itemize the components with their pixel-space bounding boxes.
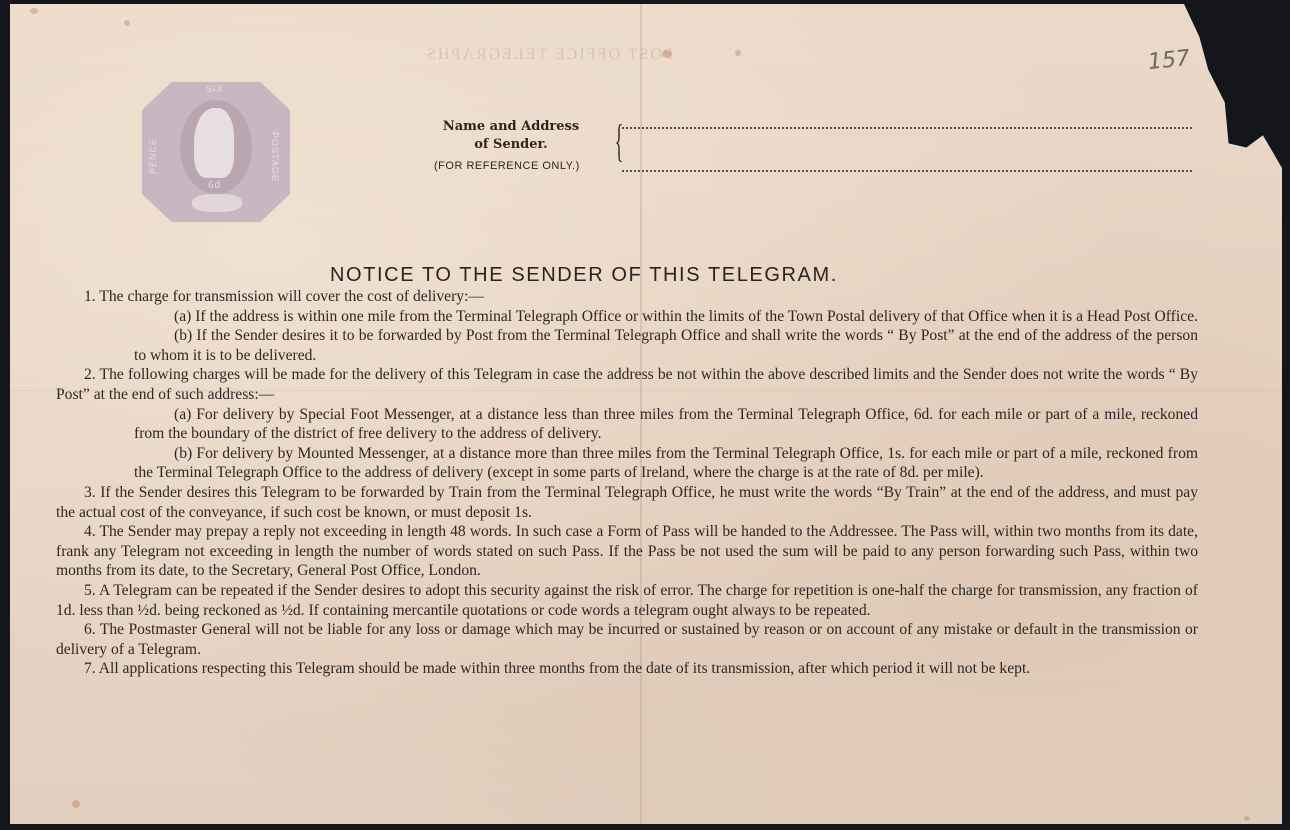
notice-clause-1b: (b) If the Sender desires it to be forwa…: [56, 326, 1198, 365]
sender-address-field[interactable]: [622, 170, 1192, 172]
foxing-spot: [124, 20, 130, 26]
foxing-spot: [735, 50, 741, 56]
sender-label-line1: Name and Address: [420, 118, 602, 136]
stamp-rose-emblem-icon: [192, 194, 242, 212]
foxing-spot: [72, 800, 80, 808]
notice-clause-5: 5. A Telegram can be repeated if the Sen…: [56, 581, 1198, 620]
foxing-spot: [1244, 816, 1250, 821]
pencil-annotation: 157: [1147, 46, 1191, 75]
notice-clause-1: 1. The charge for transmission will cove…: [56, 287, 1198, 307]
stamp-text-top: SIX: [206, 84, 224, 94]
sender-reference-note: (FOR REFERENCE ONLY.): [434, 160, 580, 172]
notice-clause-6: 6. The Postmaster General will not be li…: [56, 620, 1198, 659]
notice-clause-4: 4. The Sender may prepay a reply not exc…: [56, 522, 1198, 581]
stamp-text-right: POSTAGE: [270, 132, 280, 182]
ghost-header-text: POST OFFICE TELEGRAPHS: [425, 46, 673, 64]
notice-title: NOTICE TO THE SENDER OF THIS TELEGRAM.: [330, 264, 838, 287]
stamp-text-left: PENCE: [148, 138, 158, 174]
notice-clause-1a: (a) If the address is within one mile fr…: [56, 307, 1198, 327]
stamp-value: 6d: [208, 180, 221, 191]
notice-clause-2b: (b) For delivery by Mounted Messenger, a…: [56, 444, 1198, 483]
notice-clause-2: 2. The following charges will be made fo…: [56, 365, 1198, 404]
queen-profile-icon: [194, 108, 234, 178]
sender-label-line2: of Sender.: [420, 136, 602, 154]
sender-name-field[interactable]: [622, 127, 1192, 129]
notice-body: 1. The charge for transmission will cove…: [56, 287, 1198, 679]
notice-clause-7: 7. All applications respecting this Tele…: [56, 659, 1198, 679]
notice-clause-2a: (a) For delivery by Special Foot Messeng…: [56, 405, 1198, 444]
notice-clause-3: 3. If the Sender desires this Telegram t…: [56, 483, 1198, 522]
foxing-spot: [30, 8, 38, 14]
sender-label: Name and Address of Sender.: [420, 118, 602, 154]
brace-icon: {: [615, 118, 624, 164]
embossed-stamp-icon: SIX PENCE POSTAGE 6d: [142, 82, 290, 222]
